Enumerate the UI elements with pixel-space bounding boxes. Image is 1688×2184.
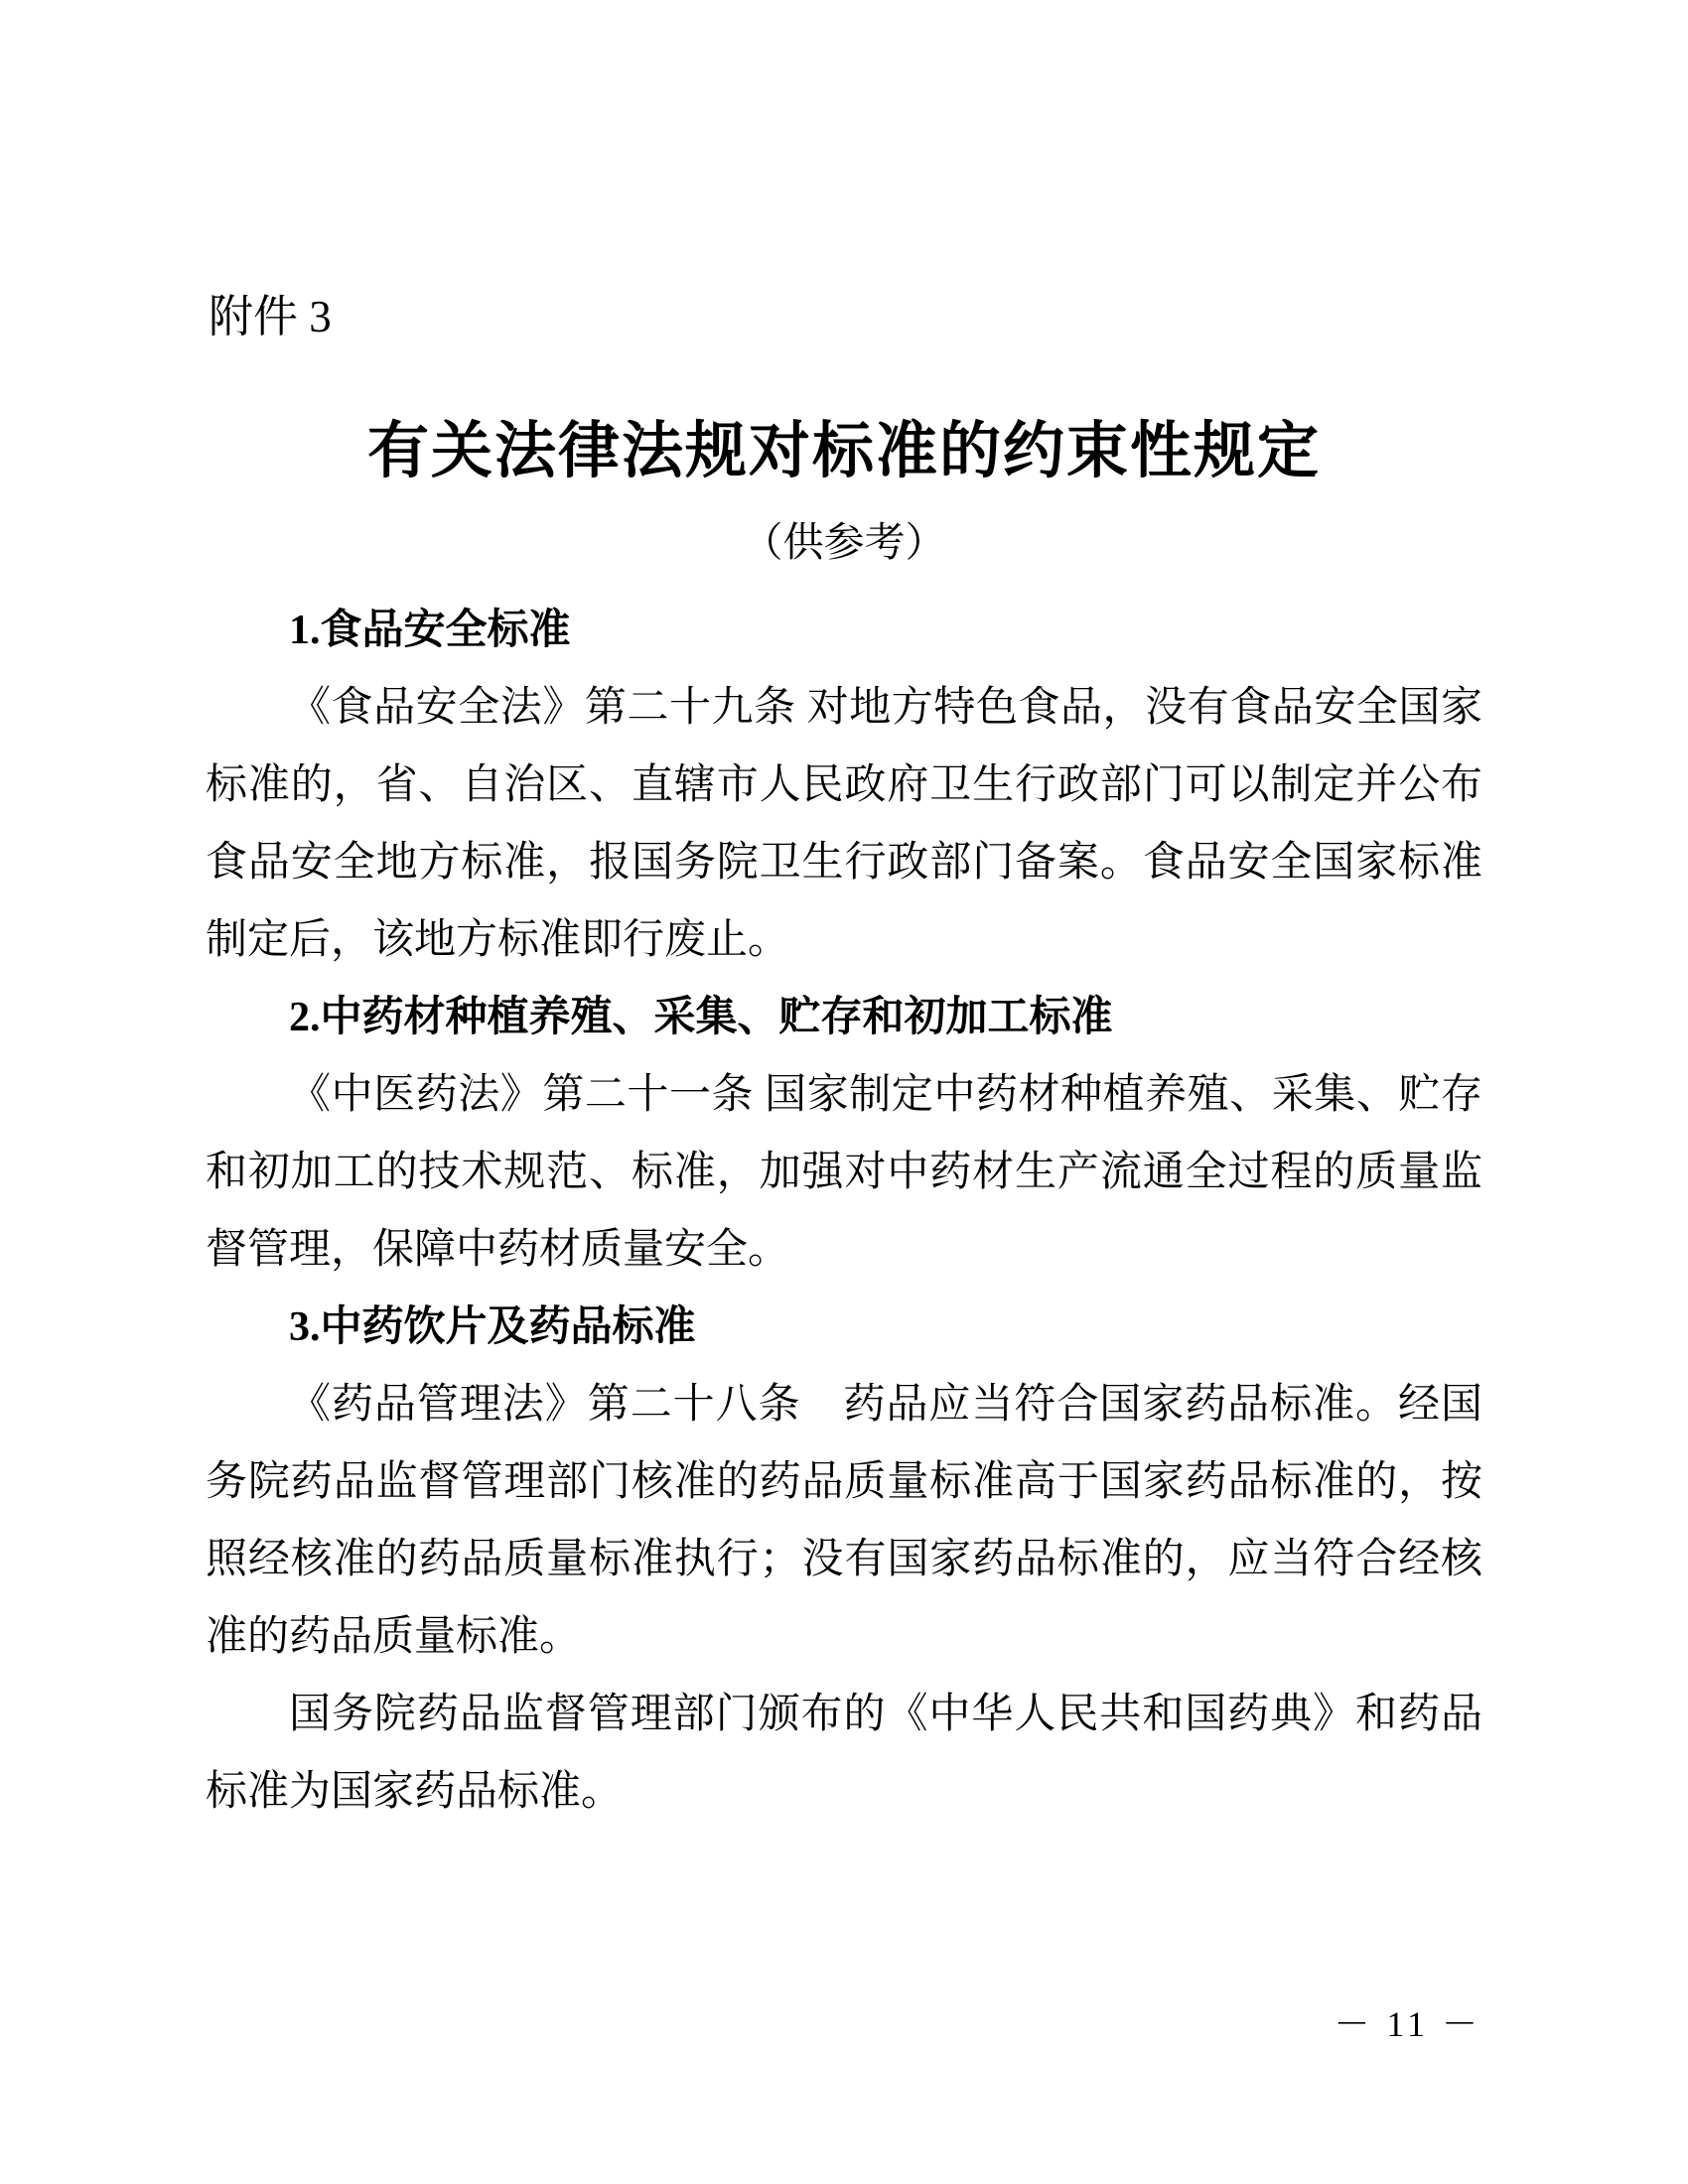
section-1-heading: 1.食品安全标准 — [206, 592, 1482, 669]
document-page: 附件 3 有关法律法规对标准的约束性规定 （供参考） 1.食品安全标准 《食品安… — [0, 0, 1688, 2184]
section-3-paragraph-1: 《药品管理法》第二十八条 药品应当符合国家药品标准。经国务院药品监督管理部门核准… — [206, 1366, 1482, 1676]
section-1-paragraph-1: 《食品安全法》第二十九条 对地方特色食品，没有食品安全国家标准的，省、自治区、直… — [206, 669, 1482, 979]
page-number: － 11 － — [1334, 1996, 1481, 2047]
document-title: 有关法律法规对标准的约束性规定 — [0, 415, 1688, 488]
section-3-paragraph-2: 国务院药品监督管理部门颁布的《中华人民共和国药典》和药品标准为国家药品标准。 — [206, 1676, 1482, 1831]
section-3-heading: 3.中药饮片及药品标准 — [206, 1289, 1482, 1366]
document-subtitle: （供参考） — [0, 518, 1688, 567]
document-body: 1.食品安全标准 《食品安全法》第二十九条 对地方特色食品，没有食品安全国家标准… — [206, 592, 1482, 1831]
section-2-heading: 2.中药材种植养殖、采集、贮存和初加工标准 — [206, 979, 1482, 1056]
attachment-label: 附件 3 — [209, 290, 332, 343]
section-2-paragraph-1: 《中医药法》第二十一条 国家制定中药材种植养殖、采集、贮存和初加工的技术规范、标… — [206, 1056, 1482, 1289]
